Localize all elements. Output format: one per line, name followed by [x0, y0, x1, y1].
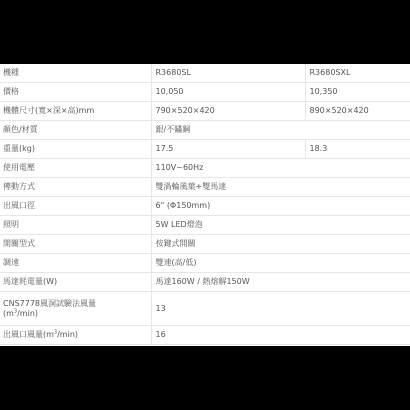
row-label: 照明: [0, 216, 151, 235]
row-label: 傳動方式: [0, 178, 151, 197]
value-r3680sl: 17.5: [151, 140, 305, 159]
table-row-model: 機種 R3680SL R3680SXL: [0, 64, 410, 83]
value-shared: 16: [151, 326, 410, 345]
table-row-power: 馬達耗電量(W) 馬達160W / 熱熔解150W: [0, 273, 410, 292]
table-row-drive: 傳動方式 雙渦輪風葉+雙馬達: [0, 178, 410, 197]
row-label: 機體尺寸(寬×深×高)mm: [0, 102, 151, 121]
row-label: CNS7778風洞試驗法風量(m3/min): [0, 292, 151, 326]
table-row-color-material: 顏色/材質 銀/不鏽鋼: [0, 121, 410, 140]
table-row-outlet-airflow: 出風口風量(m3/min) 16: [0, 326, 410, 345]
value-r3680sxl: R3680SXL: [305, 64, 410, 83]
table-row-dimensions: 機體尺寸(寬×深×高)mm 790×520×420 890×520×420: [0, 102, 410, 121]
value-shared: 銀/不鏽鋼: [151, 121, 410, 140]
value-r3680sxl: 18.3: [305, 140, 410, 159]
value-shared: 按鍵式開關: [151, 235, 410, 254]
row-label: 價格: [0, 83, 151, 102]
row-label: 重量(kg): [0, 140, 151, 159]
spec-panel: 機種 R3680SL R3680SXL 價格 10,050 10,350 機體尺…: [0, 64, 410, 346]
row-label: 調速: [0, 254, 151, 273]
value-shared: 5W LED燈泡: [151, 216, 410, 235]
value-r3680sxl: 890×520×420: [305, 102, 410, 121]
value-r3680sl: 10,050: [151, 83, 305, 102]
table-row-price: 價格 10,050 10,350: [0, 83, 410, 102]
value-shared: 馬達160W / 熱熔解150W: [151, 273, 410, 292]
value-shared: 6" (Φ150mm): [151, 197, 410, 216]
table-row-speed: 調速 雙速(高/低): [0, 254, 410, 273]
row-label: 機種: [0, 64, 151, 83]
row-label: 使用電壓: [0, 159, 151, 178]
value-r3680sl: 790×520×420: [151, 102, 305, 121]
row-label: 出風口徑: [0, 197, 151, 216]
table-row-weight: 重量(kg) 17.5 18.3: [0, 140, 410, 159]
table-row-outlet-diameter: 出風口徑 6" (Φ150mm): [0, 197, 410, 216]
value-shared: 110V~60Hz: [151, 159, 410, 178]
row-label: 馬達耗電量(W): [0, 273, 151, 292]
table-row-lighting: 照明 5W LED燈泡: [0, 216, 410, 235]
value-shared: 雙渦輪風葉+雙馬達: [151, 178, 410, 197]
spec-table: 機種 R3680SL R3680SXL 價格 10,050 10,350 機體尺…: [0, 64, 410, 345]
value-r3680sxl: 10,350: [305, 83, 410, 102]
table-row-cns-airflow: CNS7778風洞試驗法風量(m3/min) 13: [0, 292, 410, 326]
value-shared: 13: [151, 292, 410, 326]
row-label: 開關型式: [0, 235, 151, 254]
table-row-switch-type: 開關型式 按鍵式開關: [0, 235, 410, 254]
value-r3680sl: R3680SL: [151, 64, 305, 83]
row-label: 顏色/材質: [0, 121, 151, 140]
value-shared: 雙速(高/低): [151, 254, 410, 273]
row-label: 出風口風量(m3/min): [0, 326, 151, 345]
table-row-voltage: 使用電壓 110V~60Hz: [0, 159, 410, 178]
